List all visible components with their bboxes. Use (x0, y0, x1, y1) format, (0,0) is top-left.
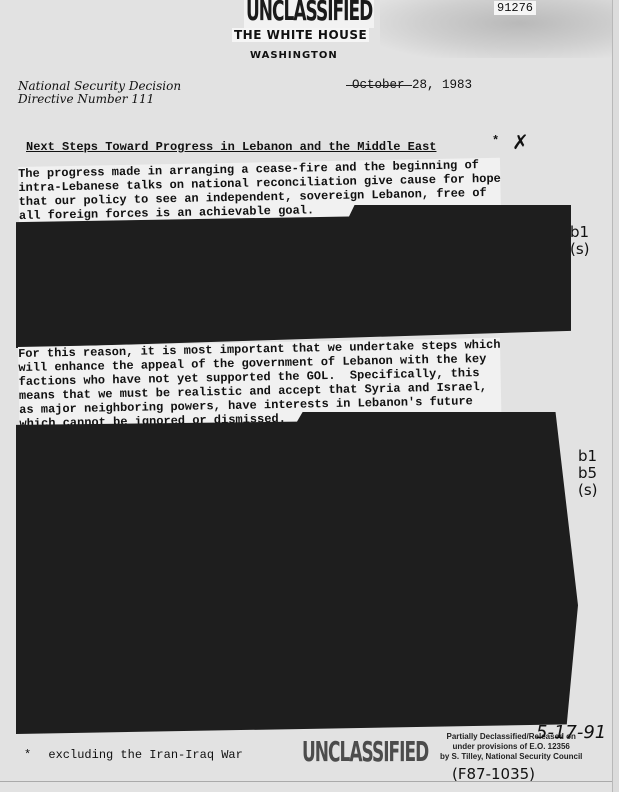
exemption-code: (s) (570, 241, 590, 258)
exemption-code: b5 (578, 465, 598, 482)
office-name: THE WHITE HOUSE (232, 28, 369, 42)
exemption-code: b1 (578, 448, 598, 465)
directive-line-2: Directive Number 111 (18, 93, 181, 106)
release-date: 5-17-91 (536, 722, 606, 743)
release-line-2: under provisions of E.O. 12356 (440, 742, 582, 752)
city-name: WASHINGTON (250, 50, 338, 61)
exemption-note-1: b1 (s) (570, 224, 590, 258)
release-line-3: by S. Tilley, National Security Council (440, 752, 582, 762)
classification-stamp-top: UNCLASSIFIED (244, 0, 374, 28)
document-page: UNCLASSIFIED THE WHITE HOUSE WASHINGTON … (0, 0, 613, 792)
directive-label: National Security Decision Directive Num… (18, 80, 181, 106)
footnote-mark: * (24, 748, 31, 762)
document-date: October 28, 1983 (352, 78, 472, 92)
title-footnote-mark: * (492, 134, 499, 148)
redaction-block-2 (16, 412, 578, 734)
exemption-note-2: b1 b5 (s) (578, 448, 598, 499)
document-number: 91276 (494, 1, 536, 15)
classification-stamp-bottom: UNCLASSIFIED (302, 737, 428, 769)
footnote: * excluding the Iran-Iraq War (24, 748, 243, 762)
footnote-text: excluding the Iran-Iraq War (48, 748, 242, 762)
exemption-code: b1 (570, 224, 590, 241)
redaction-block-1 (16, 205, 571, 348)
exemption-code: (s) (578, 482, 598, 499)
page-bottom-edge (0, 781, 612, 782)
handwritten-x-mark-icon: ✗ (512, 130, 529, 154)
document-title: Next Steps Toward Progress in Lebanon an… (26, 140, 436, 154)
